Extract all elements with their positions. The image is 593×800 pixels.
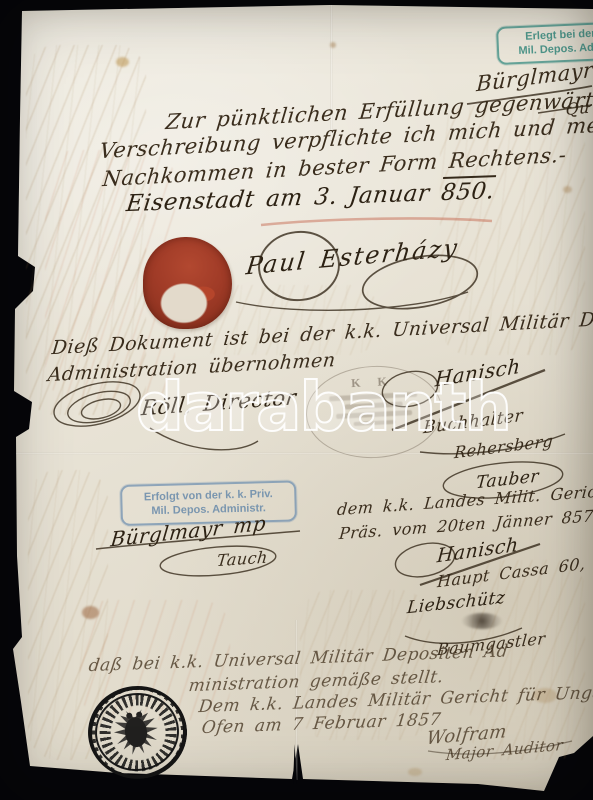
tauch-oval	[159, 542, 277, 580]
burglmayr-top-underline-2	[538, 105, 592, 113]
burglmayr-top-underline	[467, 86, 592, 104]
esterhazy-underline	[236, 292, 468, 310]
esterhazy-loop	[256, 228, 343, 304]
photo-backdrop: Erlegt bei der Mil. Depos. Adm Bürglmayr…	[0, 0, 593, 800]
burglmayr-mid-tail	[96, 531, 300, 549]
roell-loop-2	[65, 386, 134, 429]
tauber-oval	[442, 457, 565, 503]
esterhazy-tail-oval	[359, 247, 482, 316]
darabanth-watermark: darabanth	[136, 368, 510, 446]
baumgastler-flourish	[405, 628, 522, 643]
auditor-underline	[428, 741, 572, 754]
lower-signature-cross-stroke	[420, 544, 540, 585]
red-underline	[261, 218, 492, 225]
